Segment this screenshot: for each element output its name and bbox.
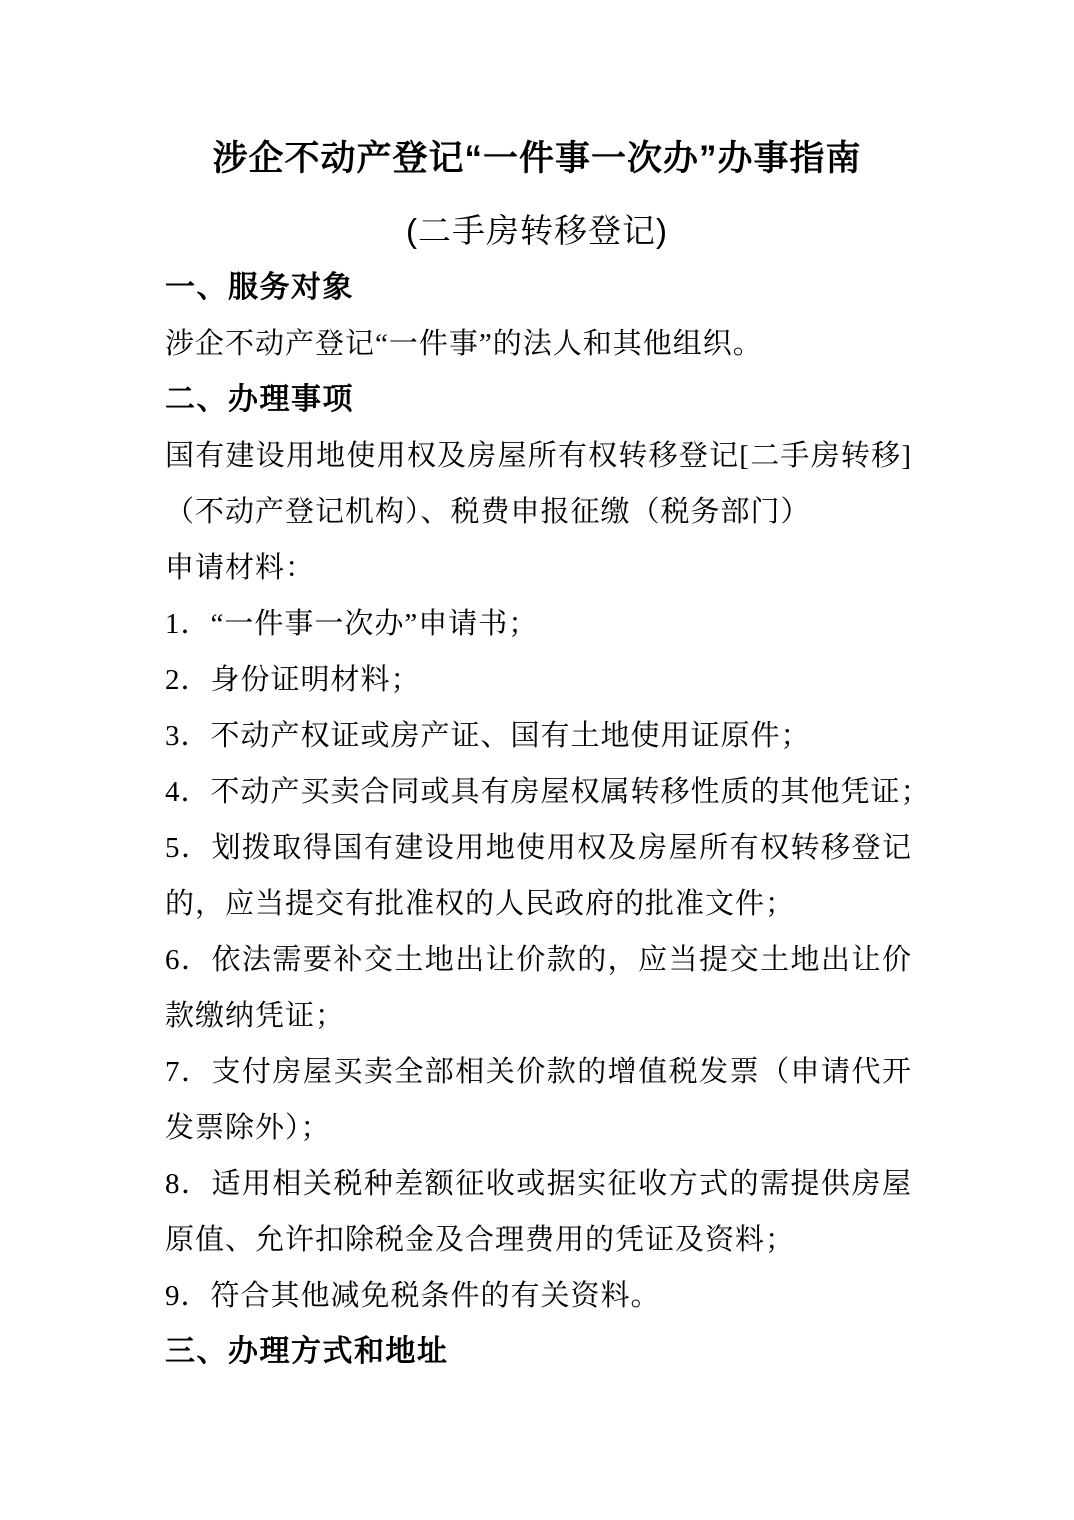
paragraph-line: 9．符合其他减免税条件的有关资料。 xyxy=(165,1268,912,1324)
paragraph-line: 3．不动产权证或房产证、国有土地使用证原件； xyxy=(165,708,912,764)
paragraph-line: 发票除外）； xyxy=(165,1100,912,1156)
section-heading: 三、办理方式和地址 xyxy=(165,1324,912,1380)
paragraph-line: 1．“一件事一次办”申请书； xyxy=(165,596,912,652)
paragraph-line: 5．划拨取得国有建设用地使用权及房屋所有权转移登记 xyxy=(165,820,912,876)
paragraph-line: 原值、允许扣除税金及合理费用的凭证及资料； xyxy=(165,1212,912,1268)
document-body: 一、服务对象涉企不动产登记“一件事”的法人和其他组织。二、办理事项国有建设用地使… xyxy=(165,260,912,1380)
document-title: 涉企不动产登记“一件事一次办”办事指南 xyxy=(120,136,954,182)
document-subtitle: (二手房转移登记) xyxy=(120,210,954,252)
paragraph-line: 6．依法需要补交土地出让价款的，应当提交土地出让价 xyxy=(165,932,912,988)
paragraph-line: 申请材料： xyxy=(165,540,912,596)
paragraph-line: 涉企不动产登记“一件事”的法人和其他组织。 xyxy=(165,316,912,372)
section-heading: 二、办理事项 xyxy=(165,372,912,428)
paragraph-line: 7．支付房屋买卖全部相关价款的增值税发票（申请代开 xyxy=(165,1044,912,1100)
paragraph-line: 的，应当提交有批准权的人民政府的批准文件； xyxy=(165,876,912,932)
paragraph-line: 8．适用相关税种差额征收或据实征收方式的需提供房屋 xyxy=(165,1156,912,1212)
paragraph-line: 款缴纳凭证； xyxy=(165,988,912,1044)
paragraph-line: 4．不动产买卖合同或具有房屋权属转移性质的其他凭证； xyxy=(165,764,912,820)
document-page: 涉企不动产登记“一件事一次办”办事指南 (二手房转移登记) 一、服务对象涉企不动… xyxy=(0,0,1074,1520)
paragraph-line: 2．身份证明材料； xyxy=(165,652,912,708)
paragraph-line: 国有建设用地使用权及房屋所有权转移登记[二手房转移] xyxy=(165,428,912,484)
paragraph-line: （不动产登记机构）、税费申报征缴（税务部门） xyxy=(165,484,912,540)
section-heading: 一、服务对象 xyxy=(165,260,912,316)
